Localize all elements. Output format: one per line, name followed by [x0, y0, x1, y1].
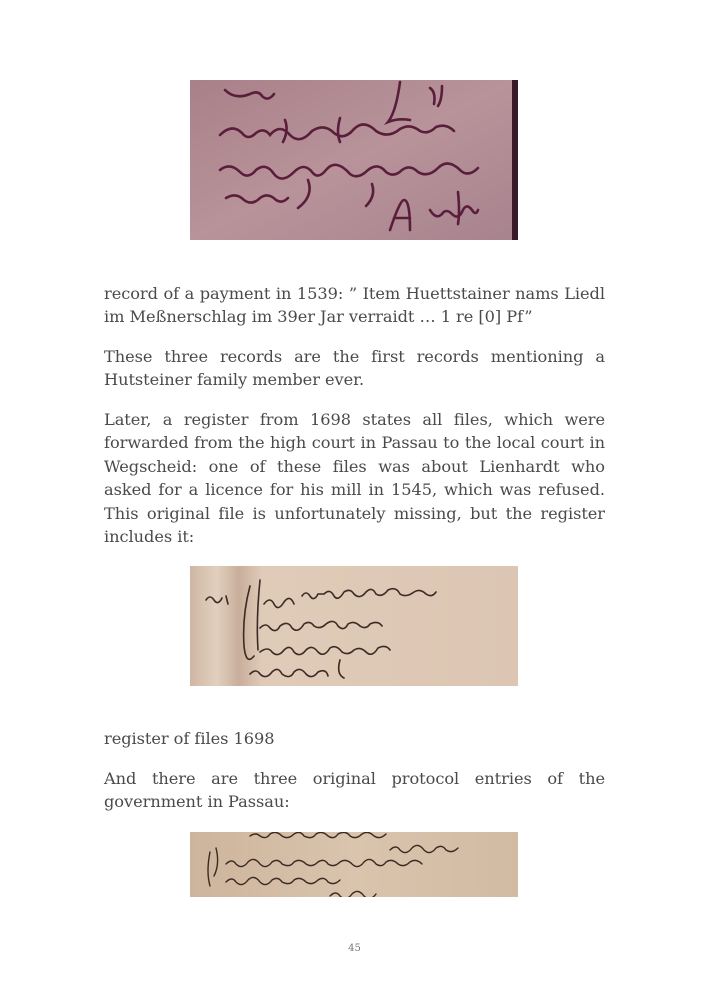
manuscript-image-protocol-entries	[190, 832, 518, 897]
handwriting-scan-graphic	[190, 566, 518, 686]
caption-payment-record-1539: record of a payment in 1539: ” Item Huet…	[104, 282, 605, 329]
paragraph-first-records: These three records are the first record…	[104, 345, 605, 392]
manuscript-image-register-1698	[190, 566, 518, 686]
paragraph-protocol-entries: And there are three original protocol en…	[104, 767, 605, 814]
caption-register-of-files-1698: register of files 1698	[104, 727, 605, 750]
paragraph-register-1698: Later, a register from 1698 states all f…	[104, 408, 605, 548]
manuscript-image-1539-record	[190, 80, 518, 240]
document-page: record of a payment in 1539: ” Item Huet…	[0, 0, 709, 992]
handwriting-scan-graphic	[190, 80, 518, 240]
page-number: 45	[0, 943, 709, 954]
handwriting-scan-graphic	[190, 832, 518, 897]
